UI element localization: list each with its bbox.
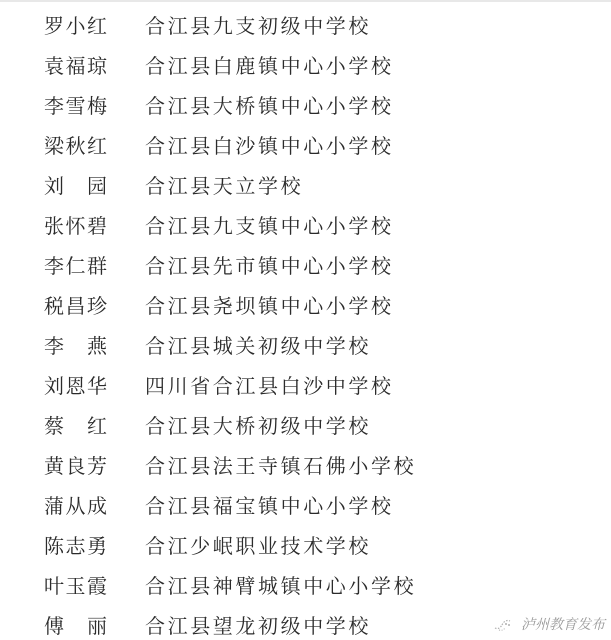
list-item: 袁福琼 合江县白鹿镇中心小学校	[44, 44, 416, 84]
teacher-name: 李仁群	[44, 250, 145, 279]
school-name: 合江少岷职业技术学校	[145, 530, 371, 559]
teacher-name: 袁福琼	[44, 50, 145, 79]
watermark: 泸州教育发布	[493, 614, 605, 634]
school-name: 合江县福宝镇中心小学校	[145, 490, 394, 519]
teacher-name: 刘 园	[44, 170, 145, 199]
list-item: 李 燕 合江县城关初级中学校	[44, 324, 416, 364]
watermark-text: 泸州教育发布	[521, 614, 605, 634]
list-item: 李雪梅 合江县大桥镇中心小学校	[44, 84, 416, 124]
school-name: 合江县白沙镇中心小学校	[145, 130, 394, 159]
list-item: 黄良芳 合江县法王寺镇石佛小学校	[44, 444, 416, 484]
school-name: 合江县先市镇中心小学校	[145, 250, 394, 279]
list-item: 傅 丽 合江县望龙初级中学校	[44, 604, 416, 640]
teacher-name: 李 燕	[44, 330, 145, 359]
teacher-school-list: 罗小红 合江县九支初级中学校 袁福琼 合江县白鹿镇中心小学校 李雪梅 合江县大桥…	[44, 4, 416, 640]
teacher-name: 蒲从成	[44, 490, 145, 519]
teacher-name: 刘恩华	[44, 370, 145, 399]
school-name: 合江县九支镇中心小学校	[145, 210, 394, 239]
school-name: 四川省合江县白沙中学校	[145, 370, 394, 399]
school-name: 合江县城关初级中学校	[145, 330, 371, 359]
school-name: 合江县天立学校	[145, 170, 303, 199]
wechat-logo-icon	[493, 616, 515, 632]
top-edge-divider	[0, 0, 611, 2]
list-item: 罗小红 合江县九支初级中学校	[44, 4, 416, 44]
teacher-name: 梁秋红	[44, 130, 145, 159]
list-item: 刘 园 合江县天立学校	[44, 164, 416, 204]
list-item: 蒲从成 合江县福宝镇中心小学校	[44, 484, 416, 524]
list-item: 梁秋红 合江县白沙镇中心小学校	[44, 124, 416, 164]
list-item: 陈志勇 合江少岷职业技术学校	[44, 524, 416, 564]
school-name: 合江县望龙初级中学校	[145, 610, 371, 639]
school-name: 合江县法王寺镇石佛小学校	[145, 450, 416, 479]
list-item: 李仁群 合江县先市镇中心小学校	[44, 244, 416, 284]
teacher-name: 黄良芳	[44, 450, 145, 479]
teacher-name: 李雪梅	[44, 90, 145, 119]
list-item: 叶玉霞 合江县神臂城镇中心小学校	[44, 564, 416, 604]
teacher-name: 蔡 红	[44, 410, 145, 439]
teacher-name: 叶玉霞	[44, 570, 145, 599]
school-name: 合江县尧坝镇中心小学校	[145, 290, 394, 319]
list-item: 刘恩华 四川省合江县白沙中学校	[44, 364, 416, 404]
school-name: 合江县大桥镇中心小学校	[145, 90, 394, 119]
list-item: 张怀碧 合江县九支镇中心小学校	[44, 204, 416, 244]
list-item: 蔡 红 合江县大桥初级中学校	[44, 404, 416, 444]
school-name: 合江县神臂城镇中心小学校	[145, 570, 416, 599]
teacher-name: 张怀碧	[44, 210, 145, 239]
teacher-name: 傅 丽	[44, 610, 145, 639]
school-name: 合江县九支初级中学校	[145, 10, 371, 39]
school-name: 合江县大桥初级中学校	[145, 410, 371, 439]
school-name: 合江县白鹿镇中心小学校	[145, 50, 394, 79]
list-item: 税昌珍 合江县尧坝镇中心小学校	[44, 284, 416, 324]
teacher-name: 陈志勇	[44, 530, 145, 559]
teacher-name: 罗小红	[44, 10, 145, 39]
teacher-name: 税昌珍	[44, 290, 145, 319]
